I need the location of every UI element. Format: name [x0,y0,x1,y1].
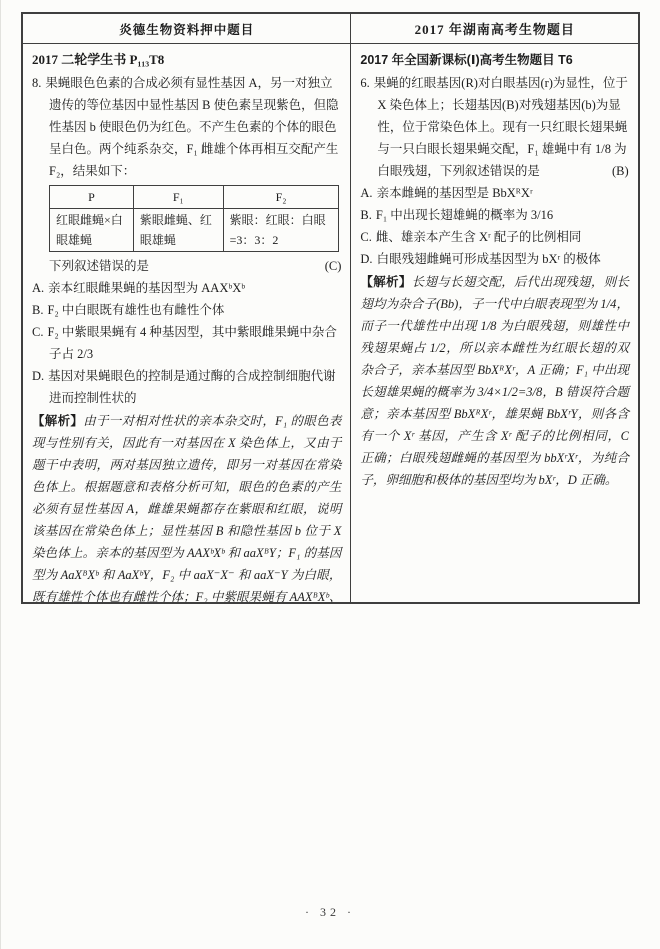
option-c-label: C. [32,325,43,339]
option-d-text: 基因对果蝇眼色的控制是通过酶的合成控制细胞代谢进而控制性状的 [48,369,336,405]
option-c-text: F₂ 中紫眼果蝇有 4 种基因型，其中紫眼雌果蝇中杂合子占 2/3 [47,325,336,361]
question-6-options: A.亲本雌蝇的基因型是 BbXᴿXʳ B.F₁ 中出现长翅雄蝇的概率为 3/16… [360,182,629,270]
question-8-prompt: 下列叙述错误的是 [49,255,149,277]
question-8-option-d: D.基因对果蝇眼色的控制是通过酶的合成控制细胞代谢进而控制性状的 [32,365,341,409]
question-8-option-a: A.亲本红眼雌果蝇的基因型为 AAXᵇXᵇ [32,277,341,299]
option-a-text: 亲本红眼雌果蝇的基因型为 AAXᵇXᵇ [48,281,245,295]
cross-table-cell-f2: 紫眼：红眼：白眼=3：3：2 [223,209,339,252]
cross-results-table: P F₁ F₂ 红眼雌蝇×白眼雄蝇 紫眼雌蝇、红眼雄蝇 紫眼：红眼：白眼=3：3… [49,185,339,252]
left-source-title: 2017 二轮学生书 P₁₁₃T8 [32,49,341,71]
option-c-text: 雌、雄亲本产生含 Xʳ 配子的比例相同 [376,230,582,244]
option-a-text: 亲本雌蝇的基因型是 BbXᴿXʳ [377,186,533,200]
scanned-exam-page: 炎德生物资料押中题目 2017 年湖南高考生物题目 2017 二轮学生书 P₁₁… [0,0,660,949]
question-8-number: 8. [32,76,41,90]
option-a-label: A. [360,186,372,200]
question-8-options: A.亲本红眼雌果蝇的基因型为 AAXᵇXᵇ B.F₂ 中白眼既有雄性也有雌性个体… [32,277,341,409]
question-8-answer: (C) [325,255,342,277]
right-column: 2017 年全国新课标(Ⅰ)高考生物题目 T6 6.果蝇的红眼基因(R)对白眼基… [351,44,638,602]
option-d-text: 白眼残翅雌蝇可形成基因型为 bXʳ 的极体 [377,252,601,266]
question-8-stem-text: 果蝇眼色色素的合成必须有显性基因 A，另一对独立遗传的等位基因中显性基因 B 使… [45,76,338,178]
cross-table-header-row: P F₁ F₂ [50,186,339,209]
question-8-prompt-row: 下列叙述错误的是 (C) [32,255,341,277]
question-6-stem: 6.果蝇的红眼基因(R)对白眼基因(r)为显性，位于 X 染色体上；长翅基因(B… [360,72,629,182]
option-d-label: D. [32,369,44,383]
page-number: · 32 · [0,905,660,920]
question-8-option-c: C.F₂ 中紫眼果蝇有 4 种基因型，其中紫眼雌果蝇中杂合子占 2/3 [32,321,341,365]
cross-table-header-p: P [50,186,134,209]
comparison-table: 炎德生物资料押中题目 2017 年湖南高考生物题目 2017 二轮学生书 P₁₁… [21,12,640,604]
question-6-option-c: C.雌、雄亲本产生含 Xʳ 配子的比例相同 [360,226,629,248]
question-8-stem: 8.果蝇眼色色素的合成必须有显性基因 A，另一对独立遗传的等位基因中显性基因 B… [32,72,341,182]
right-analysis-text: 长翅与长翅交配，后代出现残翅，则长翅均为杂合子(Bb)，子一代中白眼表现型为 1… [360,275,629,487]
cross-table-header-f2: F₂ [223,186,339,209]
right-source-title: 2017 年全国新课标(Ⅰ)高考生物题目 T6 [360,49,629,71]
option-d-label: D. [360,252,372,266]
left-analysis-text: 由于一对相对性状的亲本杂交时，F₁ 的眼色表现与性别有关，因此有一对基因在 X … [32,414,341,602]
option-c-label: C. [360,230,371,244]
option-a-label: A. [32,281,44,295]
left-analysis-label: 【解析】 [32,414,83,428]
question-6-option-d: D.白眼残翅雌蝇可形成基因型为 bXʳ 的极体 [360,248,629,270]
cross-table-header-f1: F₁ [133,186,223,209]
question-6-number: 6. [360,76,369,90]
right-analysis-label: 【解析】 [360,275,411,289]
cross-table-cell-p: 红眼雌蝇×白眼雄蝇 [50,209,134,252]
header-right-title: 2017 年湖南高考生物题目 [351,14,638,44]
cross-table-cell-f1: 紫眼雌蝇、红眼雄蝇 [133,209,223,252]
question-6-option-b: B.F₁ 中出现长翅雄蝇的概率为 3/16 [360,204,629,226]
right-analysis: 【解析】长翅与长翅交配，后代出现残翅，则长翅均为杂合子(Bb)，子一代中白眼表现… [360,271,629,491]
question-6-option-a: A.亲本雌蝇的基因型是 BbXᴿXʳ [360,182,629,204]
left-column: 2017 二轮学生书 P₁₁₃T8 8.果蝇眼色色素的合成必须有显性基因 A，另… [23,44,351,602]
left-analysis: 【解析】由于一对相对性状的亲本杂交时，F₁ 的眼色表现与性别有关，因此有一对基因… [32,410,341,602]
question-6-stem-text: 果蝇的红眼基因(R)对白眼基因(r)为显性，位于 X 染色体上；长翅基因(B)对… [374,76,628,178]
question-8-option-b: B.F₂ 中白眼既有雄性也有雌性个体 [32,299,341,321]
option-b-label: B. [32,303,43,317]
option-b-text: F₂ 中白眼既有雄性也有雌性个体 [47,303,224,317]
option-b-label: B. [360,208,371,222]
header-left-title: 炎德生物资料押中题目 [23,14,351,44]
option-b-text: F₁ 中出现长翅雄蝇的概率为 3/16 [376,208,553,222]
cross-table-data-row: 红眼雌蝇×白眼雄蝇 紫眼雌蝇、红眼雄蝇 紫眼：红眼：白眼=3：3：2 [50,209,339,252]
